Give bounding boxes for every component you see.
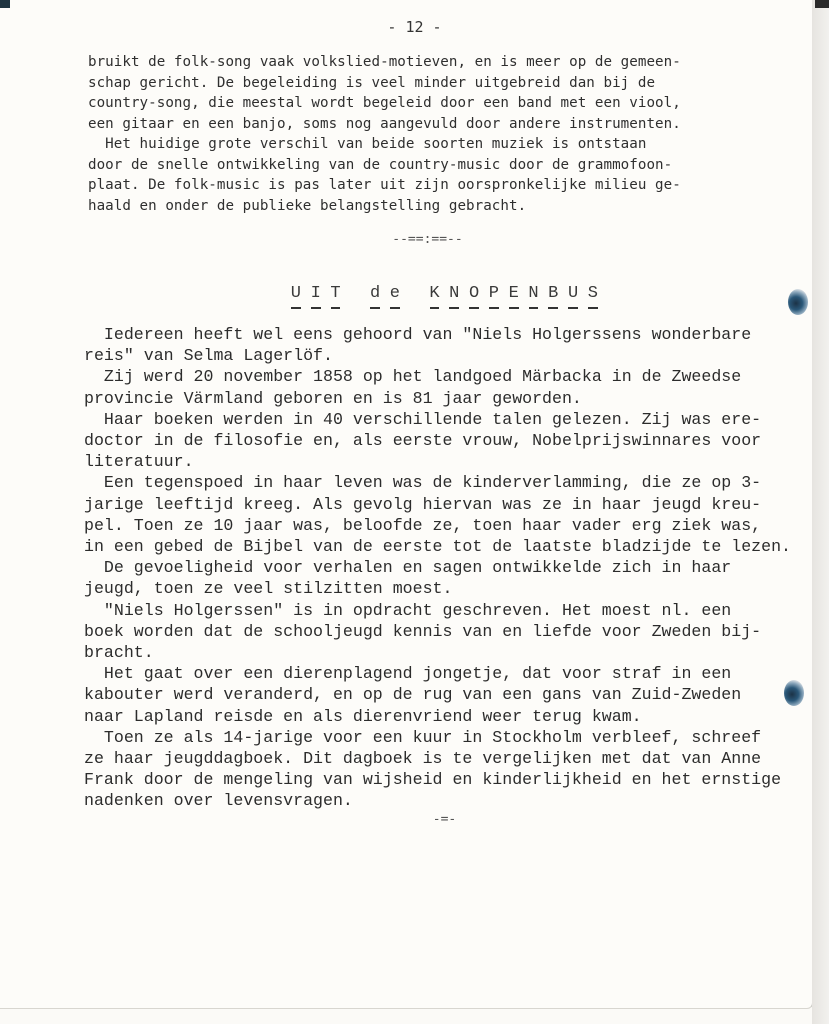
heading-letter: [405, 284, 425, 303]
heading-letter: d: [365, 284, 385, 303]
text-line: country-song, die meestal wordt begeleid…: [88, 93, 681, 114]
text-line: plaat. De folk-music is pas later uit zi…: [88, 175, 681, 196]
article-heading: UIT de KNOPENBUS: [286, 284, 603, 303]
text-line: jarige leeftijd kreeg. Als gevolg hierva…: [84, 494, 791, 515]
heading-letter: e: [385, 284, 405, 303]
heading-letter: E: [504, 284, 524, 303]
section-folk-music-text: bruikt de folk-song vaak volkslied-motie…: [88, 52, 681, 216]
heading-letter: U: [286, 284, 306, 303]
text-line: bruikt de folk-song vaak volkslied-motie…: [88, 52, 681, 73]
heading-letter: K: [425, 284, 445, 303]
heading-letter: [345, 284, 365, 303]
text-line: Een tegenspoed in haar leven was de kind…: [84, 472, 791, 493]
heading-letter: T: [326, 284, 346, 303]
text-line: Het gaat over een dierenplagend jongetje…: [84, 663, 791, 684]
binder-hole-icon: [784, 680, 804, 706]
text-line: pel. Toen ze 10 jaar was, beloofde ze, t…: [84, 515, 791, 536]
text-line: bracht.: [84, 642, 791, 663]
text-line: doctor in de filosofie en, als eerste vr…: [84, 430, 791, 451]
scanner-edge: [812, 0, 829, 1024]
page-number: - 12 -: [0, 18, 829, 36]
heading-letter: O: [464, 284, 484, 303]
text-line: in een gebed de Bijbel van de eerste tot…: [84, 536, 791, 557]
heading-letter: U: [563, 284, 583, 303]
binder-hole-icon: [788, 289, 808, 315]
section-knopenbus-text: Iedereen heeft wel eens gehoord van "Nie…: [84, 324, 791, 812]
text-line: reis" van Selma Lagerlöf.: [84, 345, 791, 366]
text-line: "Niels Holgerssen" is in opdracht geschr…: [84, 600, 791, 621]
section-divider: --==:==--: [13, 232, 829, 247]
corner-mark-right: [815, 0, 829, 8]
text-line: door de snelle ontwikkeling van de count…: [88, 155, 681, 176]
text-line: provincie Värmland geboren en is 81 jaar…: [84, 388, 791, 409]
text-line: Haar boeken werden in 40 verschillende t…: [84, 409, 791, 430]
text-line: jeugd, toen ze veel stilzitten moest.: [84, 578, 791, 599]
text-line: Toen ze als 14-jarige voor een kuur in S…: [84, 727, 791, 748]
text-line: haald en onder de publieke belangstellin…: [88, 196, 681, 217]
corner-mark-left: [0, 0, 10, 8]
text-line: een gitaar en een banjo, soms nog aangev…: [88, 114, 681, 135]
text-line: Frank door de mengeling van wijsheid en …: [84, 769, 791, 790]
text-line: Zij werd 20 november 1858 op het landgoe…: [84, 366, 791, 387]
text-line: schap gericht. De begeleiding is veel mi…: [88, 73, 681, 94]
text-line: ze haar jeugddagboek. Dit dagboek is te …: [84, 748, 791, 769]
heading-letter: B: [543, 284, 563, 303]
text-line: nadenken over levensvragen.: [84, 790, 791, 811]
text-line: Het huidige grote verschil van beide soo…: [88, 134, 681, 155]
text-line: kabouter werd veranderd, en op de rug va…: [84, 684, 791, 705]
text-line: literatuur.: [84, 451, 791, 472]
heading-letter: I: [306, 284, 326, 303]
end-divider: -=-: [30, 812, 829, 827]
text-line: De gevoeligheid voor verhalen en sagen o…: [84, 557, 791, 578]
text-line: Iedereen heeft wel eens gehoord van "Nie…: [84, 324, 791, 345]
heading-letter: S: [583, 284, 603, 303]
heading-letter: P: [484, 284, 504, 303]
heading-letter: N: [444, 284, 464, 303]
text-line: boek worden dat de schooljeugd kennis va…: [84, 621, 791, 642]
text-line: naar Lapland reisde en als dierenvriend …: [84, 706, 791, 727]
heading-letter: N: [524, 284, 544, 303]
